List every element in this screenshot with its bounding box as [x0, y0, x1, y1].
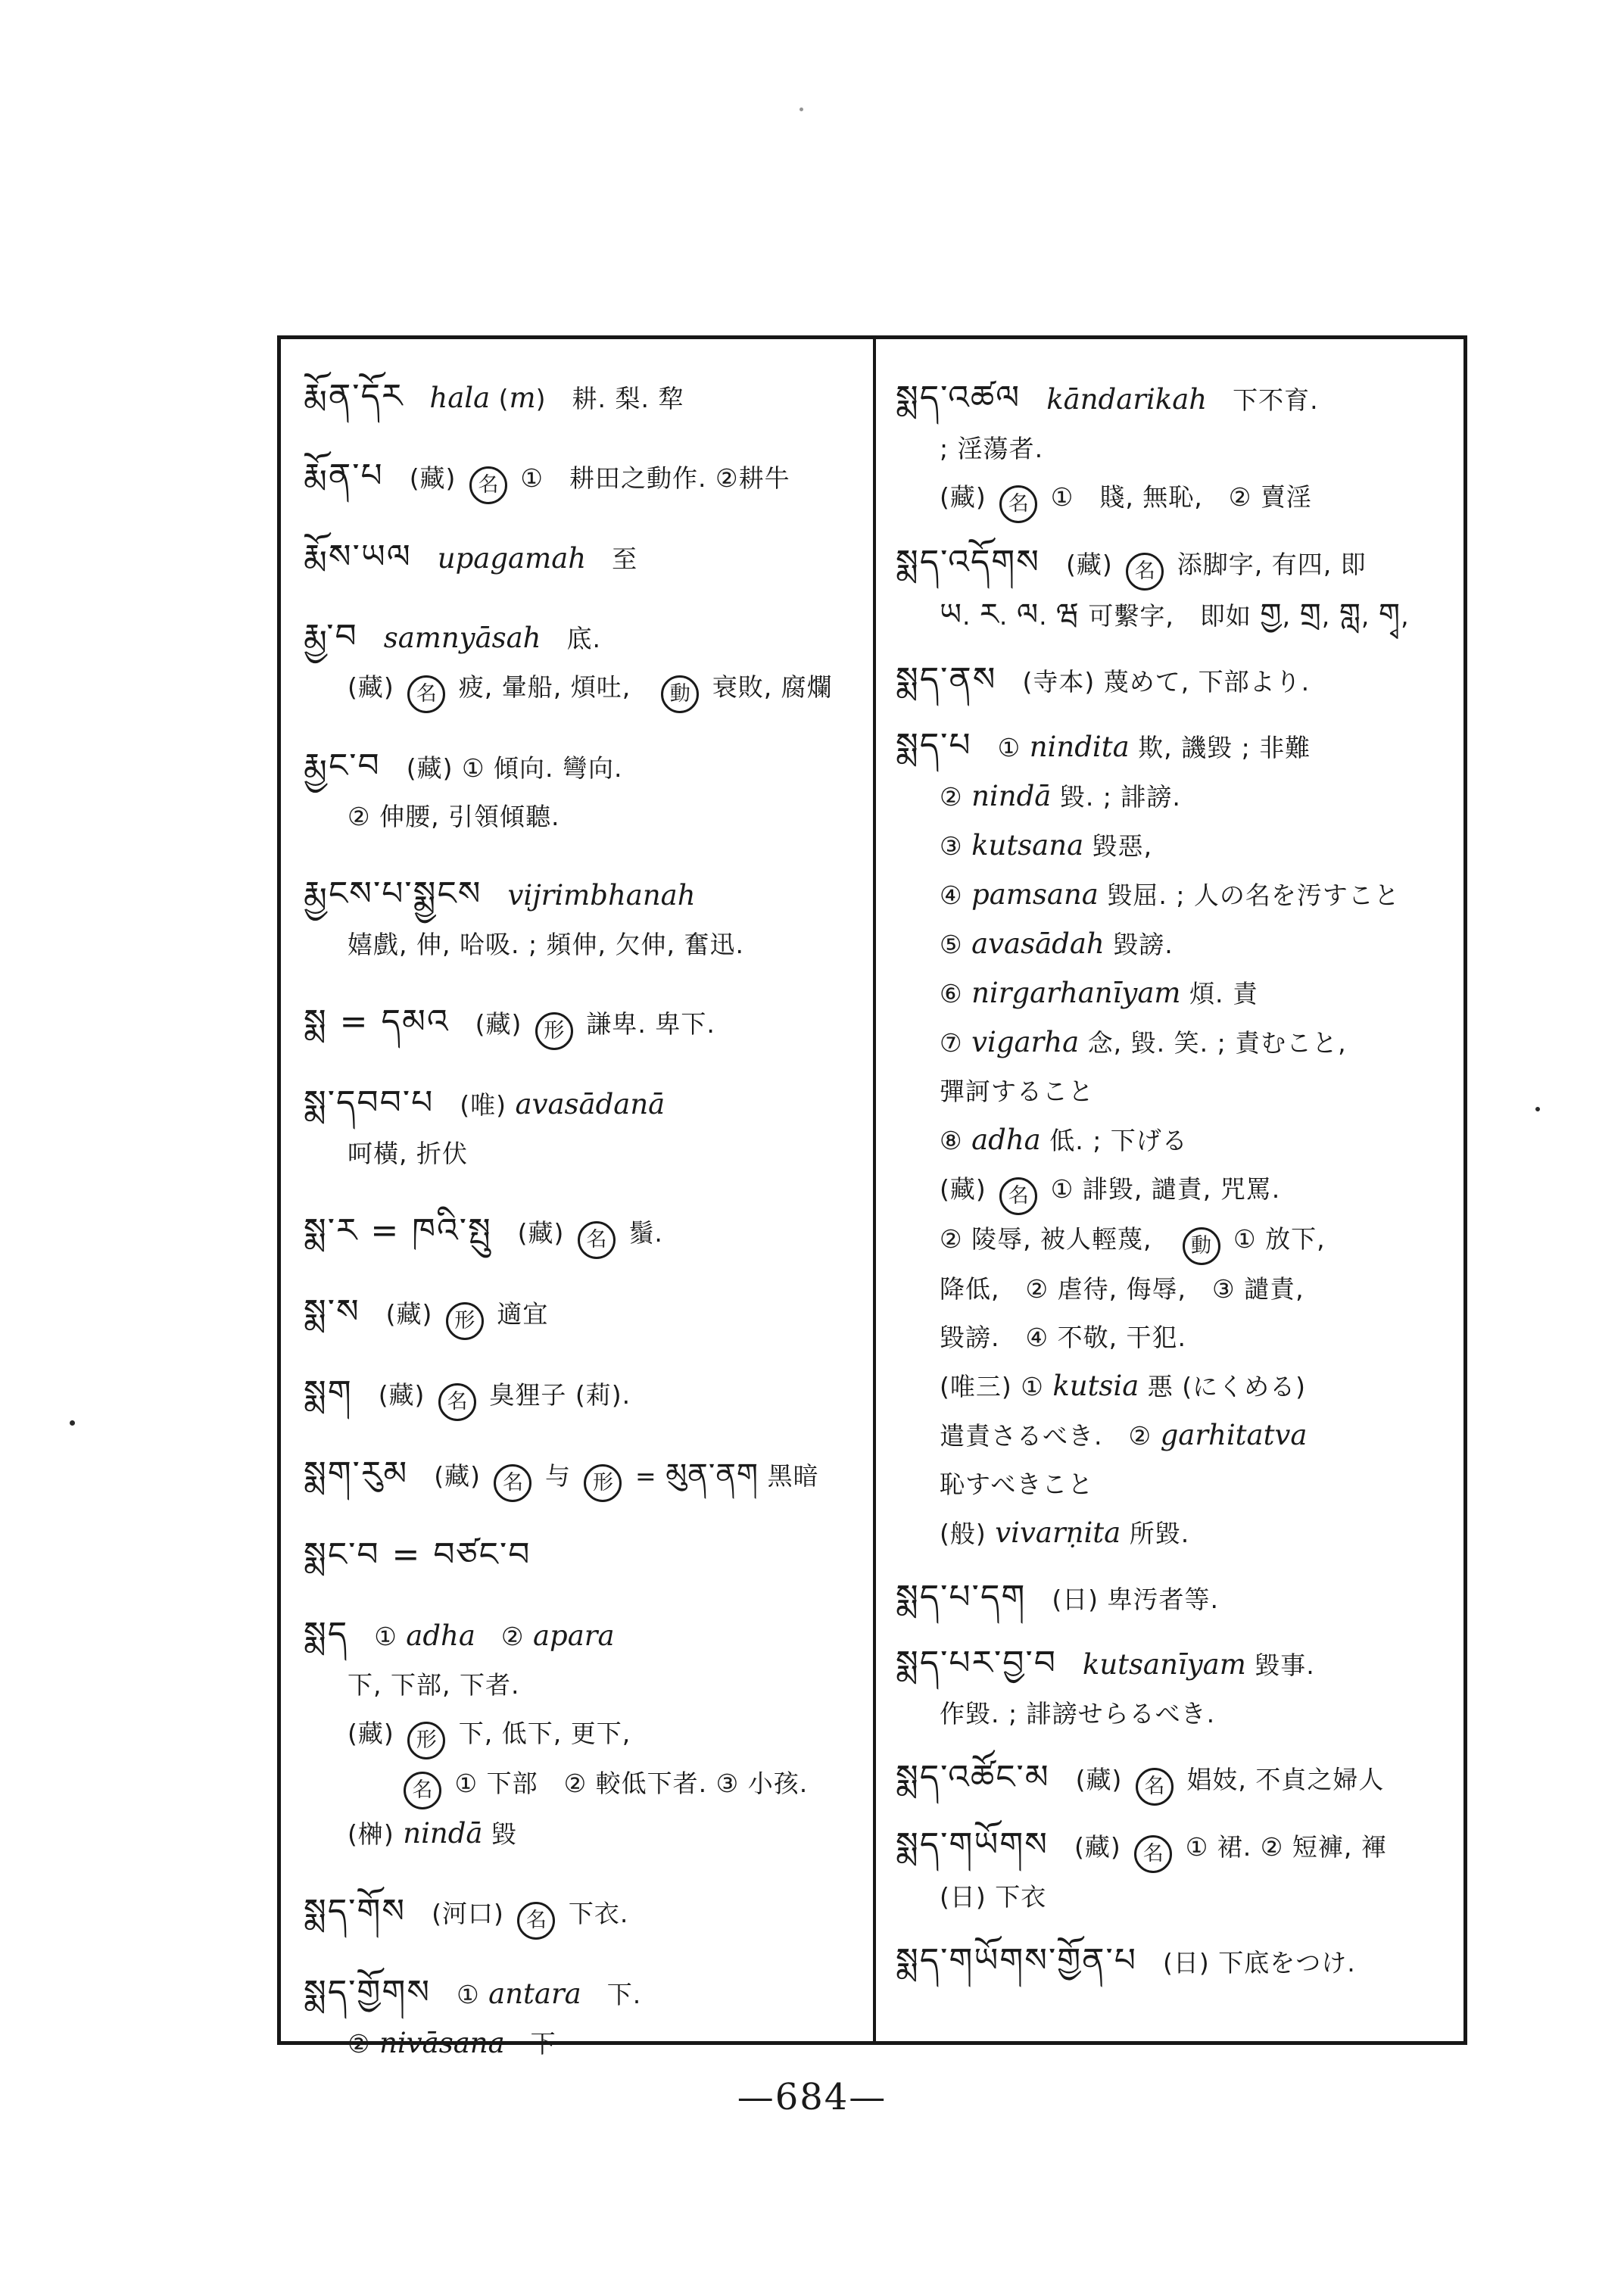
entry-head-line: རྨོན་པ(藏) 名 ① 耕田之動作. ②耕牛	[304, 452, 870, 504]
sanskrit-romanization: vigarha	[971, 1026, 1079, 1058]
entry-gloss: ① antara 下.	[457, 1980, 641, 2009]
tibetan-headword: རྨྱངས་པ་སྨྱངས	[304, 874, 482, 913]
sanskrit-romanization: m	[510, 382, 536, 414]
entry-gloss: (寺本) 蔑めて, 下部より.	[1022, 667, 1310, 697]
entry-gloss-line: ⑧ adha 低. ; 下げる	[896, 1116, 1462, 1165]
entry-gloss-line: ⑦ vigarha 念, 毀. 笑. ; 責むこと,	[896, 1018, 1462, 1068]
tibetan-headword: སྨད་གོས	[304, 1892, 406, 1931]
entry-head-line: སྨད་གཡོགས་གྱོན་པ(日) 下底をつけ.	[896, 1937, 1462, 1987]
entry-gloss: (藏) 名 与 形 = མུན་ནག 黑暗	[434, 1461, 818, 1491]
sanskrit-romanization: kāndarikah	[1046, 383, 1207, 416]
entry-head-line: སྨད་པ་དག(日) 卑汚者等.	[896, 1573, 1462, 1624]
sanskrit-romanization: nindita	[1030, 731, 1130, 763]
dictionary-entry: སྨང་བ = བཙང་བ	[304, 1531, 870, 1582]
entry-gloss: (日) 下底をつけ.	[1163, 1948, 1356, 1978]
entry-head-line: སྨ་དབབ་པ(唯) avasādanā	[304, 1079, 870, 1130]
entry-gloss: (藏) 名 鬚.	[518, 1218, 663, 1248]
scan-speck	[800, 108, 803, 111]
dictionary-entry: སྨ = དམའ(藏) 形 謙卑. 卑下.	[304, 998, 870, 1050]
entry-head-line: སྨད་གོས(河口) 名 下衣.	[304, 1887, 870, 1940]
sanskrit-romanization: avasādah	[971, 927, 1105, 960]
scan-speck	[70, 1420, 75, 1426]
dictionary-entry: སྨ་ས(藏) 形 適宜	[304, 1288, 870, 1340]
sanskrit-romanization: garhitatva	[1161, 1419, 1308, 1451]
circled-pos-marker: 名	[407, 675, 445, 713]
circled-pos-marker: 名	[999, 1177, 1037, 1215]
entry-gloss-line: 作毀. ; 誹謗せらるべき.	[896, 1690, 1462, 1738]
circled-pos-marker: 名	[999, 485, 1037, 523]
entry-gloss-line: 彈訶すること	[896, 1068, 1462, 1116]
entry-gloss-line: ④ pamsana 毀屈. ; 人の名を汚すこと	[896, 871, 1462, 920]
tibetan-headword: སྨད་གཡོགས་གྱོན་པ	[896, 1941, 1137, 1980]
entry-head-line: རྨྱ་བsamnyāsah 底.	[304, 612, 870, 663]
left-column: རྨོན་དོརhala (m) 耕. 梨. 犂རྨོན་པ(藏) 名 ① 耕田…	[304, 339, 870, 2097]
circled-pos-marker: 名	[469, 466, 507, 504]
entry-gloss-line: 名 ① 下部 ② 較低下者. ③ 小孩.	[304, 1759, 870, 1809]
circled-pos-marker: 動	[1183, 1227, 1220, 1265]
sanskrit-romanization: nindā	[971, 780, 1051, 812]
dictionary-entry: སྨད① adha ② apara下, 下部, 下者.(藏) 形 下, 低下, …	[304, 1610, 870, 1859]
entry-gloss-line: ② 伸腰, 引領傾聽.	[304, 793, 870, 841]
page-number: —684—	[0, 2076, 1624, 2118]
sanskrit-romanization: apara	[533, 1619, 615, 1652]
tibetan-headword: སྨད་ནས	[896, 660, 996, 699]
entry-gloss-line: (藏) 名 ① 誹毀, 譴責, 咒罵.	[896, 1165, 1462, 1215]
tibetan-headword: སྨད་འདོགས	[896, 543, 1040, 581]
entry-gloss-line: ② nindā 毀. ; 誹謗.	[896, 772, 1462, 821]
entry-gloss-line: (般) vivarṇita 所毀.	[896, 1509, 1462, 1558]
dictionary-entry: རྨྱ་བsamnyāsah 底.(藏) 名 疲, 暈船, 煩吐, 動 衰敗, …	[304, 612, 870, 713]
sanskrit-romanization: avasādanā	[516, 1088, 665, 1121]
circled-pos-marker: 形	[535, 1012, 573, 1050]
entry-head-line: སྨད་གཡོགས(藏) 名 ① 裙. ② 短褲, 褌	[896, 1821, 1462, 1873]
entry-gloss-line: 遣責さるべき. ② garhitatva	[896, 1411, 1462, 1460]
dictionary-entry: སྨད་གཡོགས(藏) 名 ① 裙. ② 短褲, 褌(日) 下衣	[896, 1821, 1462, 1922]
circled-pos-marker: 名	[438, 1383, 476, 1421]
dictionary-entry: སྨད་གཡོགས་གྱོན་པ(日) 下底をつけ.	[896, 1937, 1462, 1987]
tibetan-headword: རྨྱ་བ	[304, 617, 358, 656]
entry-gloss: (唯) avasādanā	[460, 1090, 665, 1120]
entry-gloss: (藏) 形 謙卑. 卑下.	[475, 1009, 715, 1039]
entry-gloss-line: ⑥ nirgarhanīyam 煩. 責	[896, 969, 1462, 1018]
entry-head-line: སྨད་འཚལkāndarikah 下不育.	[896, 374, 1462, 425]
tibetan-headword: རྨོས་ཡལ	[304, 538, 412, 576]
circled-pos-marker: 名	[404, 1772, 441, 1809]
entry-gloss: vijrimbhanah	[507, 881, 695, 911]
entry-gloss-line: 毀謗. ④ 不敬, 干犯.	[896, 1314, 1462, 1362]
entry-head-line: རྨྱངས་པ་སྨྱངསvijrimbhanah	[304, 870, 870, 921]
dictionary-entry: སྨ་ར = ཁའི་སྤུ(藏) 名 鬚.	[304, 1207, 870, 1259]
entry-gloss: hala (m) 耕. 梨. 犂	[429, 384, 684, 413]
tibetan-headword: སྨད་པ་དག	[896, 1578, 1026, 1616]
sanskrit-romanization: kutsanīyam	[1083, 1648, 1246, 1681]
dictionary-entry: སྨད་འདོགས(藏) 名 添脚字, 有四, 即ཡ. ར. ལ. ཝ 可繫字,…	[896, 538, 1462, 641]
tibetan-headword: རྨྱང་བ	[304, 746, 381, 785]
tibetan-headword: སྨ = དམའ	[304, 1002, 450, 1041]
dictionary-entry: སྨད་གྱོགས① antara 下.② nivāsana 下	[304, 1968, 870, 2068]
tibetan-inline: གྱ	[1260, 597, 1282, 632]
entry-gloss-line: (榊) nindā 毀	[304, 1809, 870, 1859]
entry-gloss: (藏) 名 娼妓, 不貞之婦人	[1076, 1765, 1385, 1794]
sanskrit-romanization: vijrimbhanah	[507, 879, 695, 912]
tibetan-headword: སྨ་དབབ་པ	[304, 1083, 434, 1122]
sanskrit-romanization: nindā	[403, 1817, 482, 1850]
circled-pos-marker: 名	[1134, 1835, 1172, 1873]
sanskrit-romanization: samnyāsah	[384, 622, 541, 654]
tibetan-headword: སྨག་རུམ	[304, 1454, 408, 1493]
entry-gloss-line: (藏) 形 下, 低下, 更下,	[304, 1710, 870, 1759]
tibetan-inline: ཝ	[1056, 597, 1080, 632]
entry-gloss-line: (藏) 名 ① 賤, 無恥, ② 賣淫	[896, 473, 1462, 523]
tibetan-headword: སྨད་འཚལ	[896, 379, 1021, 417]
sanskrit-romanization: nirgarhanīyam	[971, 977, 1180, 1009]
sanskrit-romanization: nivāsana	[379, 2027, 505, 2059]
tibetan-headword: རྨོན་དོར	[304, 377, 404, 416]
tibetan-inline: ལ	[1017, 597, 1039, 632]
entry-head-line: སྨ = དམའ(藏) 形 謙卑. 卑下.	[304, 998, 870, 1050]
entry-gloss-line: (唯三) ① kutsia 悪 (にくめる)	[896, 1362, 1462, 1411]
entry-gloss-line: ② 陵辱, 被人輕蔑, 動 ① 放下,	[896, 1215, 1462, 1265]
entry-gloss: (藏) 名 添脚字, 有四, 即	[1066, 550, 1367, 579]
tibetan-inline: ར	[980, 597, 999, 632]
dictionary-entry: སྨད་གོས(河口) 名 下衣.	[304, 1887, 870, 1940]
entry-gloss: (藏) 名 臭狸子 (莉).	[379, 1380, 631, 1410]
column-divider-rule	[873, 339, 876, 2041]
dictionary-entry: རྨྱང་བ(藏) ① 傾向. 彎向.② 伸腰, 引領傾聽.	[304, 742, 870, 841]
tibetan-inline: གྲ	[1300, 597, 1322, 632]
entry-head-line: སྨད་འདོགས(藏) 名 添脚字, 有四, 即	[896, 538, 1462, 591]
dictionary-entry: སྨད་ནས(寺本) 蔑めて, 下部より.	[896, 656, 1462, 706]
entry-gloss-line: 嬉戲, 伸, 哈吸. ; 頻伸, 欠伸, 奮迅.	[304, 921, 870, 969]
right-column: སྨད་འཚལkāndarikah 下不育.; 淫蕩者.(藏) 名 ① 賤, 無…	[896, 339, 1462, 2003]
entry-gloss: (日) 卑汚者等.	[1052, 1585, 1219, 1614]
circled-pos-marker: 形	[584, 1464, 622, 1502]
entry-gloss: kutsanīyam 毀事.	[1083, 1650, 1315, 1680]
entry-gloss: kāndarikah 下不育.	[1046, 385, 1318, 415]
tibetan-headword: རྨོན་པ	[304, 457, 384, 495]
dictionary-entry: སྨད་པ་དག(日) 卑汚者等.	[896, 1573, 1462, 1624]
entry-head-line: རྨོན་དོརhala (m) 耕. 梨. 犂	[304, 372, 870, 423]
entry-gloss: (藏) ① 傾向. 彎向.	[407, 753, 623, 783]
entry-gloss-line: 降低, ② 虐待, 侮辱, ③ 譴責,	[896, 1265, 1462, 1314]
dictionary-entry: སྨད་པར་བྱ་བkutsanīyam 毀事.作毀. ; 誹謗せらるべき.	[896, 1639, 1462, 1738]
entry-head-line: སྨད་འཚོང་མ(藏) 名 娼妓, 不貞之婦人	[896, 1753, 1462, 1806]
circled-pos-marker: 形	[446, 1302, 484, 1340]
sanskrit-romanization: upagamah	[438, 542, 586, 575]
sanskrit-romanization: adha	[406, 1619, 475, 1652]
circled-pos-marker: 名	[517, 1902, 555, 1940]
tibetan-inline: མུན་ནག	[665, 1457, 759, 1492]
tibetan-headword: སྨ་ར = ཁའི་སྤུ	[304, 1211, 492, 1250]
entry-head-line: རྨོས་ཡལupagamah 至	[304, 533, 870, 584]
dictionary-entry: རྨོན་དོརhala (m) 耕. 梨. 犂	[304, 372, 870, 423]
entry-gloss-line: ; 淫蕩者.	[896, 425, 1462, 473]
tibetan-inline: གླ	[1339, 597, 1361, 632]
circled-pos-marker: 名	[1126, 553, 1164, 591]
sanskrit-romanization: kutsia	[1052, 1370, 1139, 1402]
tibetan-headword: སྨད་གཡོགས	[896, 1825, 1049, 1864]
dictionary-entry: རྨྱངས་པ་སྨྱངསvijrimbhanah嬉戲, 伸, 哈吸. ; 頻伸…	[304, 870, 870, 969]
entry-head-line: སྨད① adha ② apara	[304, 1610, 870, 1661]
tibetan-headword: སྨད་གྱོགས	[304, 1973, 431, 2012]
circled-pos-marker: 名	[578, 1221, 616, 1259]
dictionary-entry: སྨད་པ① nindita 欺, 譏毀 ; 非難② nindā 毀. ; 誹謗…	[896, 722, 1462, 1558]
dictionary-entry: རྨོན་པ(藏) 名 ① 耕田之動作. ②耕牛	[304, 452, 870, 504]
tibetan-headword: སྨག	[304, 1373, 353, 1412]
entry-head-line: སྨང་བ = བཙང་བ	[304, 1531, 870, 1582]
dictionary-entry: རྨོས་ཡལupagamah 至	[304, 533, 870, 584]
dictionary-entry: སྨད་འཚོང་མ(藏) 名 娼妓, 不貞之婦人	[896, 1753, 1462, 1806]
tibetan-headword: སྨང་བ = བཙང་བ	[304, 1535, 531, 1574]
sanskrit-romanization: hala	[429, 382, 490, 414]
entry-gloss-line: ཡ. ར. ལ. ཝ 可繫字, 即如 གྱ, གྲ, གླ, གྭ,	[896, 591, 1462, 641]
entry-head-line: སྨད་གྱོགས① antara 下.	[304, 1968, 870, 2019]
entry-gloss: upagamah 至	[438, 544, 637, 574]
dictionary-entry: སྨག(藏) 名 臭狸子 (莉).	[304, 1369, 870, 1421]
entry-gloss-line: ③ kutsana 毀惡,	[896, 821, 1462, 871]
sanskrit-romanization: adha	[971, 1124, 1041, 1156]
circled-pos-marker: 動	[661, 675, 699, 713]
entry-head-line: སྨད་པ① nindita 欺, 譏毀 ; 非難	[896, 722, 1462, 772]
entry-head-line: སྨ་ར = ཁའི་སྤུ(藏) 名 鬚.	[304, 1207, 870, 1259]
entry-head-line: སྨད་པར་བྱ་བkutsanīyam 毀事.	[896, 1639, 1462, 1690]
circled-pos-marker: 名	[1136, 1768, 1174, 1806]
entry-gloss-line: 下, 下部, 下者.	[304, 1661, 870, 1710]
tibetan-headword: སྨད་པར་བྱ་བ	[896, 1644, 1057, 1682]
entry-gloss: (藏) 名 ① 裙. ② 短褲, 褌	[1074, 1832, 1387, 1862]
content-frame: རྨོན་དོརhala (m) 耕. 梨. 犂རྨོན་པ(藏) 名 ① 耕田…	[277, 335, 1467, 2045]
entry-head-line: རྨྱང་བ(藏) ① 傾向. 彎向.	[304, 742, 870, 793]
scan-speck	[1535, 1107, 1540, 1111]
tibetan-headword: སྨད་པ	[896, 726, 972, 765]
entry-gloss: (藏) 名 ① 耕田之動作. ②耕牛	[410, 463, 790, 493]
tibetan-inline: གྭ	[1379, 597, 1401, 632]
entry-gloss: (藏) 形 適宜	[386, 1299, 549, 1329]
dictionary-entry: སྨད་འཚལkāndarikah 下不育.; 淫蕩者.(藏) 名 ① 賤, 無…	[896, 374, 1462, 523]
entry-gloss: samnyāsah 底.	[384, 624, 601, 653]
entry-gloss: ① nindita 欺, 譏毀 ; 非難	[998, 733, 1311, 762]
entry-gloss: ① adha ② apara	[374, 1622, 614, 1651]
entry-gloss-line: ② nivāsana 下	[304, 2019, 870, 2068]
sanskrit-romanization: vivarṇita	[995, 1516, 1121, 1549]
sanskrit-romanization: pamsana	[971, 878, 1099, 911]
dictionary-entry: སྨ་དབབ་པ(唯) avasādanā呵橫, 折伏	[304, 1079, 870, 1178]
circled-pos-marker: 名	[494, 1464, 531, 1502]
sanskrit-romanization: kutsana	[971, 829, 1083, 862]
entry-gloss-line: ⑤ avasādah 毀謗.	[896, 920, 1462, 969]
entry-head-line: སྨ་ས(藏) 形 適宜	[304, 1288, 870, 1340]
dictionary-entry: སྨག་རུམ(藏) 名 与 形 = མུན་ནག 黑暗	[304, 1450, 870, 1502]
tibetan-headword: སྨད་འཚོང་མ	[896, 1758, 1050, 1797]
sanskrit-romanization: antara	[488, 1978, 581, 2010]
entry-head-line: སྨག(藏) 名 臭狸子 (莉).	[304, 1369, 870, 1421]
entry-gloss: (河口) 名 下衣.	[432, 1899, 628, 1928]
entry-head-line: སྨད་ནས(寺本) 蔑めて, 下部より.	[896, 656, 1462, 706]
tibetan-inline: ཡ	[940, 597, 962, 632]
tibetan-headword: སྨ་ས	[304, 1292, 360, 1331]
entry-gloss-line: (日) 下衣	[896, 1873, 1462, 1922]
entry-gloss-line: 恥すべきこと	[896, 1460, 1462, 1509]
entry-gloss-line: 呵橫, 折伏	[304, 1130, 870, 1178]
entry-head-line: སྨག་རུམ(藏) 名 与 形 = མུན་ནག 黑暗	[304, 1450, 870, 1502]
circled-pos-marker: 形	[407, 1722, 445, 1759]
tibetan-headword: སྨད	[304, 1615, 348, 1653]
entry-gloss-line: (藏) 名 疲, 暈船, 煩吐, 動 衰敗, 腐爛	[304, 663, 870, 713]
